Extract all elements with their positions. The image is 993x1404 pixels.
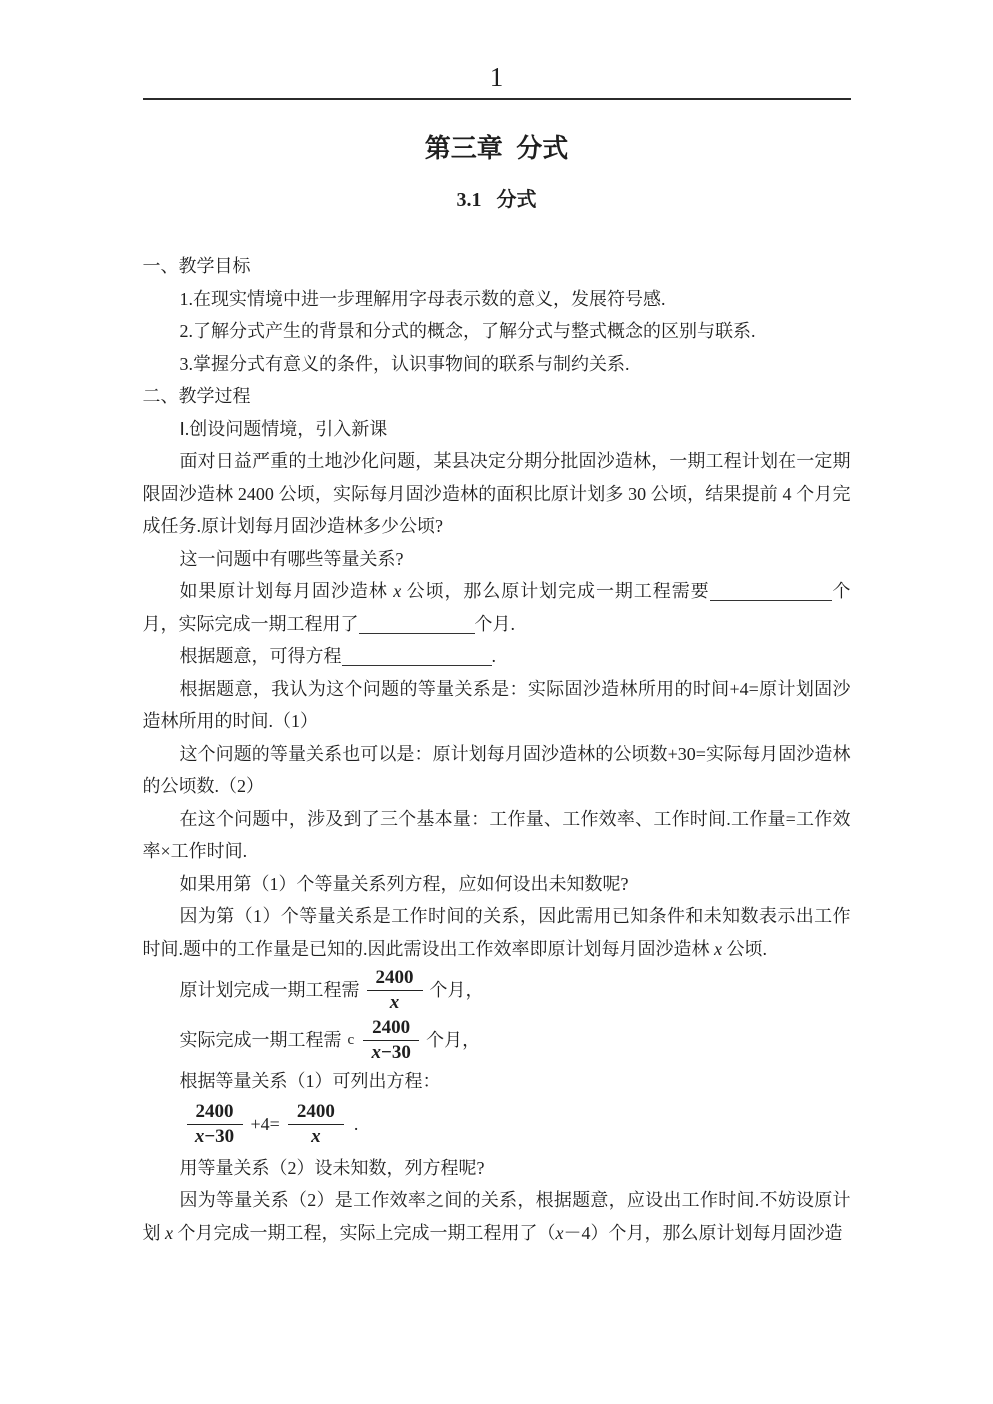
page-number: 1: [143, 0, 851, 92]
header-rule: [143, 98, 851, 100]
fraction-denominator-rest: −30: [381, 1042, 411, 1063]
fill-text-1: 如果原计划每月固沙造林: [180, 581, 394, 601]
formula-planned-months: 原计划完成一期工程需 2400x 个月，: [143, 965, 851, 1015]
fraction-2400-over-x: 2400x: [367, 967, 423, 1014]
reasoning-1-text-2: 公顷.: [722, 939, 767, 959]
problem-statement: 面对日益严重的土地沙化问题，某县决定分期分批固沙造林，一期工程计划在一定期限固沙…: [143, 445, 851, 543]
goal-item-3: 3.掌握分式有意义的条件，认识事物间的联系与制约关系.: [143, 348, 851, 381]
subheading-intro: Ⅰ.创设问题情境，引入新课: [143, 413, 851, 446]
variable-x: x: [165, 1223, 173, 1243]
relation-2: 这个问题的等量关系也可以是：原计划每月固沙造林的公顷数+30=实际每月固沙造林的…: [143, 738, 851, 803]
equation-blank-post: .: [492, 646, 497, 666]
fraction-2400-over-x-minus-30: 2400x−30: [187, 1101, 243, 1148]
equation-blank: [342, 647, 492, 666]
goal-item-1: 1.在现实情境中进一步理解用字母表示数的意义，发展符号感.: [143, 283, 851, 316]
reasoning-2: 因为等量关系（2）是工作效率之间的关系，根据题意，应设出工作时间.不妨设原计划 …: [143, 1184, 851, 1249]
fill-blank-1: [710, 582, 832, 601]
variable-x: x: [311, 1126, 321, 1147]
fraction-numerator: 2400: [187, 1101, 243, 1125]
fraction-denominator-rest: −30: [204, 1126, 234, 1147]
fraction-numerator: 2400: [288, 1101, 344, 1125]
question-unknown: 如果用第（1）个等量关系列方程，应如何设出未知数呢?: [143, 868, 851, 901]
equation-blank-sentence: 根据题意，可得方程.: [143, 640, 851, 673]
formula-2-suffix: 个月，: [426, 1024, 480, 1057]
fill-text-4: 个月.: [475, 614, 516, 634]
reasoning-1: 因为第（1）个等量关系是工作时间的关系，因此需用已知条件和未知数表示出工作时间.…: [143, 900, 851, 965]
goal-item-2: 2.了解分式产生的背景和分式的概念，了解分式与整式概念的区别与联系.: [143, 315, 851, 348]
formula-actual-months: 实际完成一期工程需 c 2400x−30 个月，: [143, 1015, 851, 1065]
equation-middle: +4=: [251, 1108, 280, 1141]
main-equation: 2400x−30 +4= 2400x .: [143, 1098, 851, 1152]
body-text: 一、教学目标 1.在现实情境中进一步理解用字母表示数的意义，发展符号感. 2.了…: [143, 250, 851, 1249]
formula-2-prefix: 实际完成一期工程需: [180, 1024, 342, 1057]
chapter-title: 第三章 分式: [143, 128, 851, 165]
formula-1-prefix: 原计划完成一期工程需: [180, 974, 360, 1007]
reasoning-2-text-2: 个月完成一期工程，实际上完成一期工程用了（: [173, 1223, 556, 1243]
section-title: 3.1 分式: [143, 183, 851, 212]
variable-x: x: [714, 939, 722, 959]
relation-1: 根据题意，我认为这个问题的等量关系是：实际固沙造林所用的时间+4=原计划固沙造林…: [143, 673, 851, 738]
fraction-numerator: 2400: [363, 1017, 419, 1041]
equation-blank-pre: 根据题意，可得方程: [180, 646, 342, 666]
variable-x: x: [390, 992, 400, 1013]
reasoning-2-text-3: －4）个月，那么原计划每月固沙造: [564, 1223, 843, 1243]
stray-c-character: c: [348, 1024, 355, 1057]
heading-teaching-process: 二、教学过程: [143, 380, 851, 413]
heading-teaching-goals: 一、教学目标: [143, 250, 851, 283]
equation-intro: 根据等量关系（1）可列出方程：: [143, 1065, 851, 1098]
document-page: 1 第三章 分式 3.1 分式 一、教学目标 1.在现实情境中进一步理解用字母表…: [0, 0, 993, 1404]
formula-1-suffix: 个月，: [430, 974, 484, 1007]
variable-x: x: [393, 581, 401, 601]
question-relation-2: 用等量关系（2）设未知数，列方程呢?: [143, 1152, 851, 1185]
fraction-numerator: 2400: [367, 967, 423, 991]
fill-text-2: 公顷，那么原计划完成一期工程需要: [401, 581, 709, 601]
fraction-2400-over-x: 2400x: [288, 1101, 344, 1148]
equation-period: .: [354, 1108, 359, 1141]
page-content: 1 第三章 分式 3.1 分式 一、教学目标 1.在现实情境中进一步理解用字母表…: [143, 0, 851, 1249]
fill-in-sentence: 如果原计划每月固沙造林 x 公顷，那么原计划完成一期工程需要个月，实际完成一期工…: [143, 575, 851, 640]
fraction-2400-over-x-minus-30: 2400x−30: [363, 1017, 419, 1064]
fill-blank-2: [359, 615, 475, 634]
variable-x: x: [372, 1042, 382, 1063]
basic-quantities: 在这个问题中，涉及到了三个基本量：工作量、工作效率、工作时间.工作量=工作效率×…: [143, 803, 851, 868]
variable-x: x: [195, 1126, 205, 1147]
question-relations: 这一问题中有哪些等量关系?: [143, 543, 851, 576]
variable-x: x: [556, 1223, 564, 1243]
